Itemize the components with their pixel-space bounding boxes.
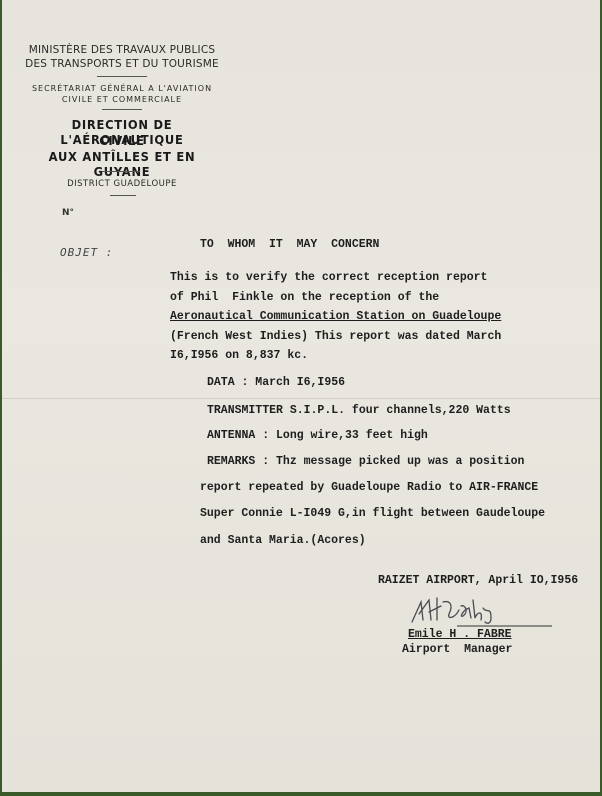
divider xyxy=(102,109,142,110)
divider xyxy=(102,171,140,172)
salutation: TO WHOM IT MAY CONCERN xyxy=(200,238,379,251)
remarks-line: REMARKS : Thz message picked up was a po… xyxy=(207,455,524,468)
data-line: DATA : March I6,I956 xyxy=(207,376,345,389)
paper-fold xyxy=(2,398,600,399)
divider xyxy=(110,195,136,196)
district-label: DISTRICT GUADELOUPE xyxy=(12,179,232,189)
body-line: of Phil Finkle on the reception of the xyxy=(170,291,439,304)
signer-name: Emile H . FABRE xyxy=(408,628,512,641)
place-date: RAIZET AIRPORT, April IO,I956 xyxy=(378,574,578,587)
body-line: (French West Indies) This report was dat… xyxy=(170,330,501,343)
body-line: I6,I956 on 8,837 kc. xyxy=(170,349,308,362)
signature xyxy=(407,592,557,632)
direction-line-2: CIVILE xyxy=(21,133,223,148)
ministry-line-2: DES TRANSPORTS ET DU TOURISME xyxy=(12,58,232,70)
remarks-line: and Santa Maria.(Acores) xyxy=(200,534,366,547)
remarks-line: report repeated by Guadeloupe Radio to A… xyxy=(200,481,538,494)
transmitter-line: TRANSMITTER S.I.P.L. four channels,220 W… xyxy=(207,404,511,417)
remarks-line: Super Connie L-I049 G,in flight between … xyxy=(200,507,545,520)
antenna-line: ANTENNA : Long wire,33 feet high xyxy=(207,429,428,442)
divider xyxy=(97,76,147,77)
signer-title: Airport Manager xyxy=(402,643,512,656)
number-label: N° xyxy=(62,208,74,218)
ministry-line-1: MINISTÈRE DES TRAVAUX PUBLICS xyxy=(12,44,232,56)
body-line-underlined: Aeronautical Communication Station on Gu… xyxy=(170,310,501,323)
secretariat-line-2: CIVILE ET COMMERCIALE xyxy=(12,95,232,104)
subject-label: OBJET : xyxy=(60,246,113,259)
body-line: This is to verify the correct reception … xyxy=(170,271,487,284)
direction-line-3: AUX ANTÎLLES ET EN GUYANE xyxy=(21,149,223,179)
letter-page: MINISTÈRE DES TRAVAUX PUBLICS DES TRANSP… xyxy=(2,0,600,792)
secretariat-line-1: SECRÉTARIAT GÉNÉRAL A L'AVIATION xyxy=(12,84,232,93)
